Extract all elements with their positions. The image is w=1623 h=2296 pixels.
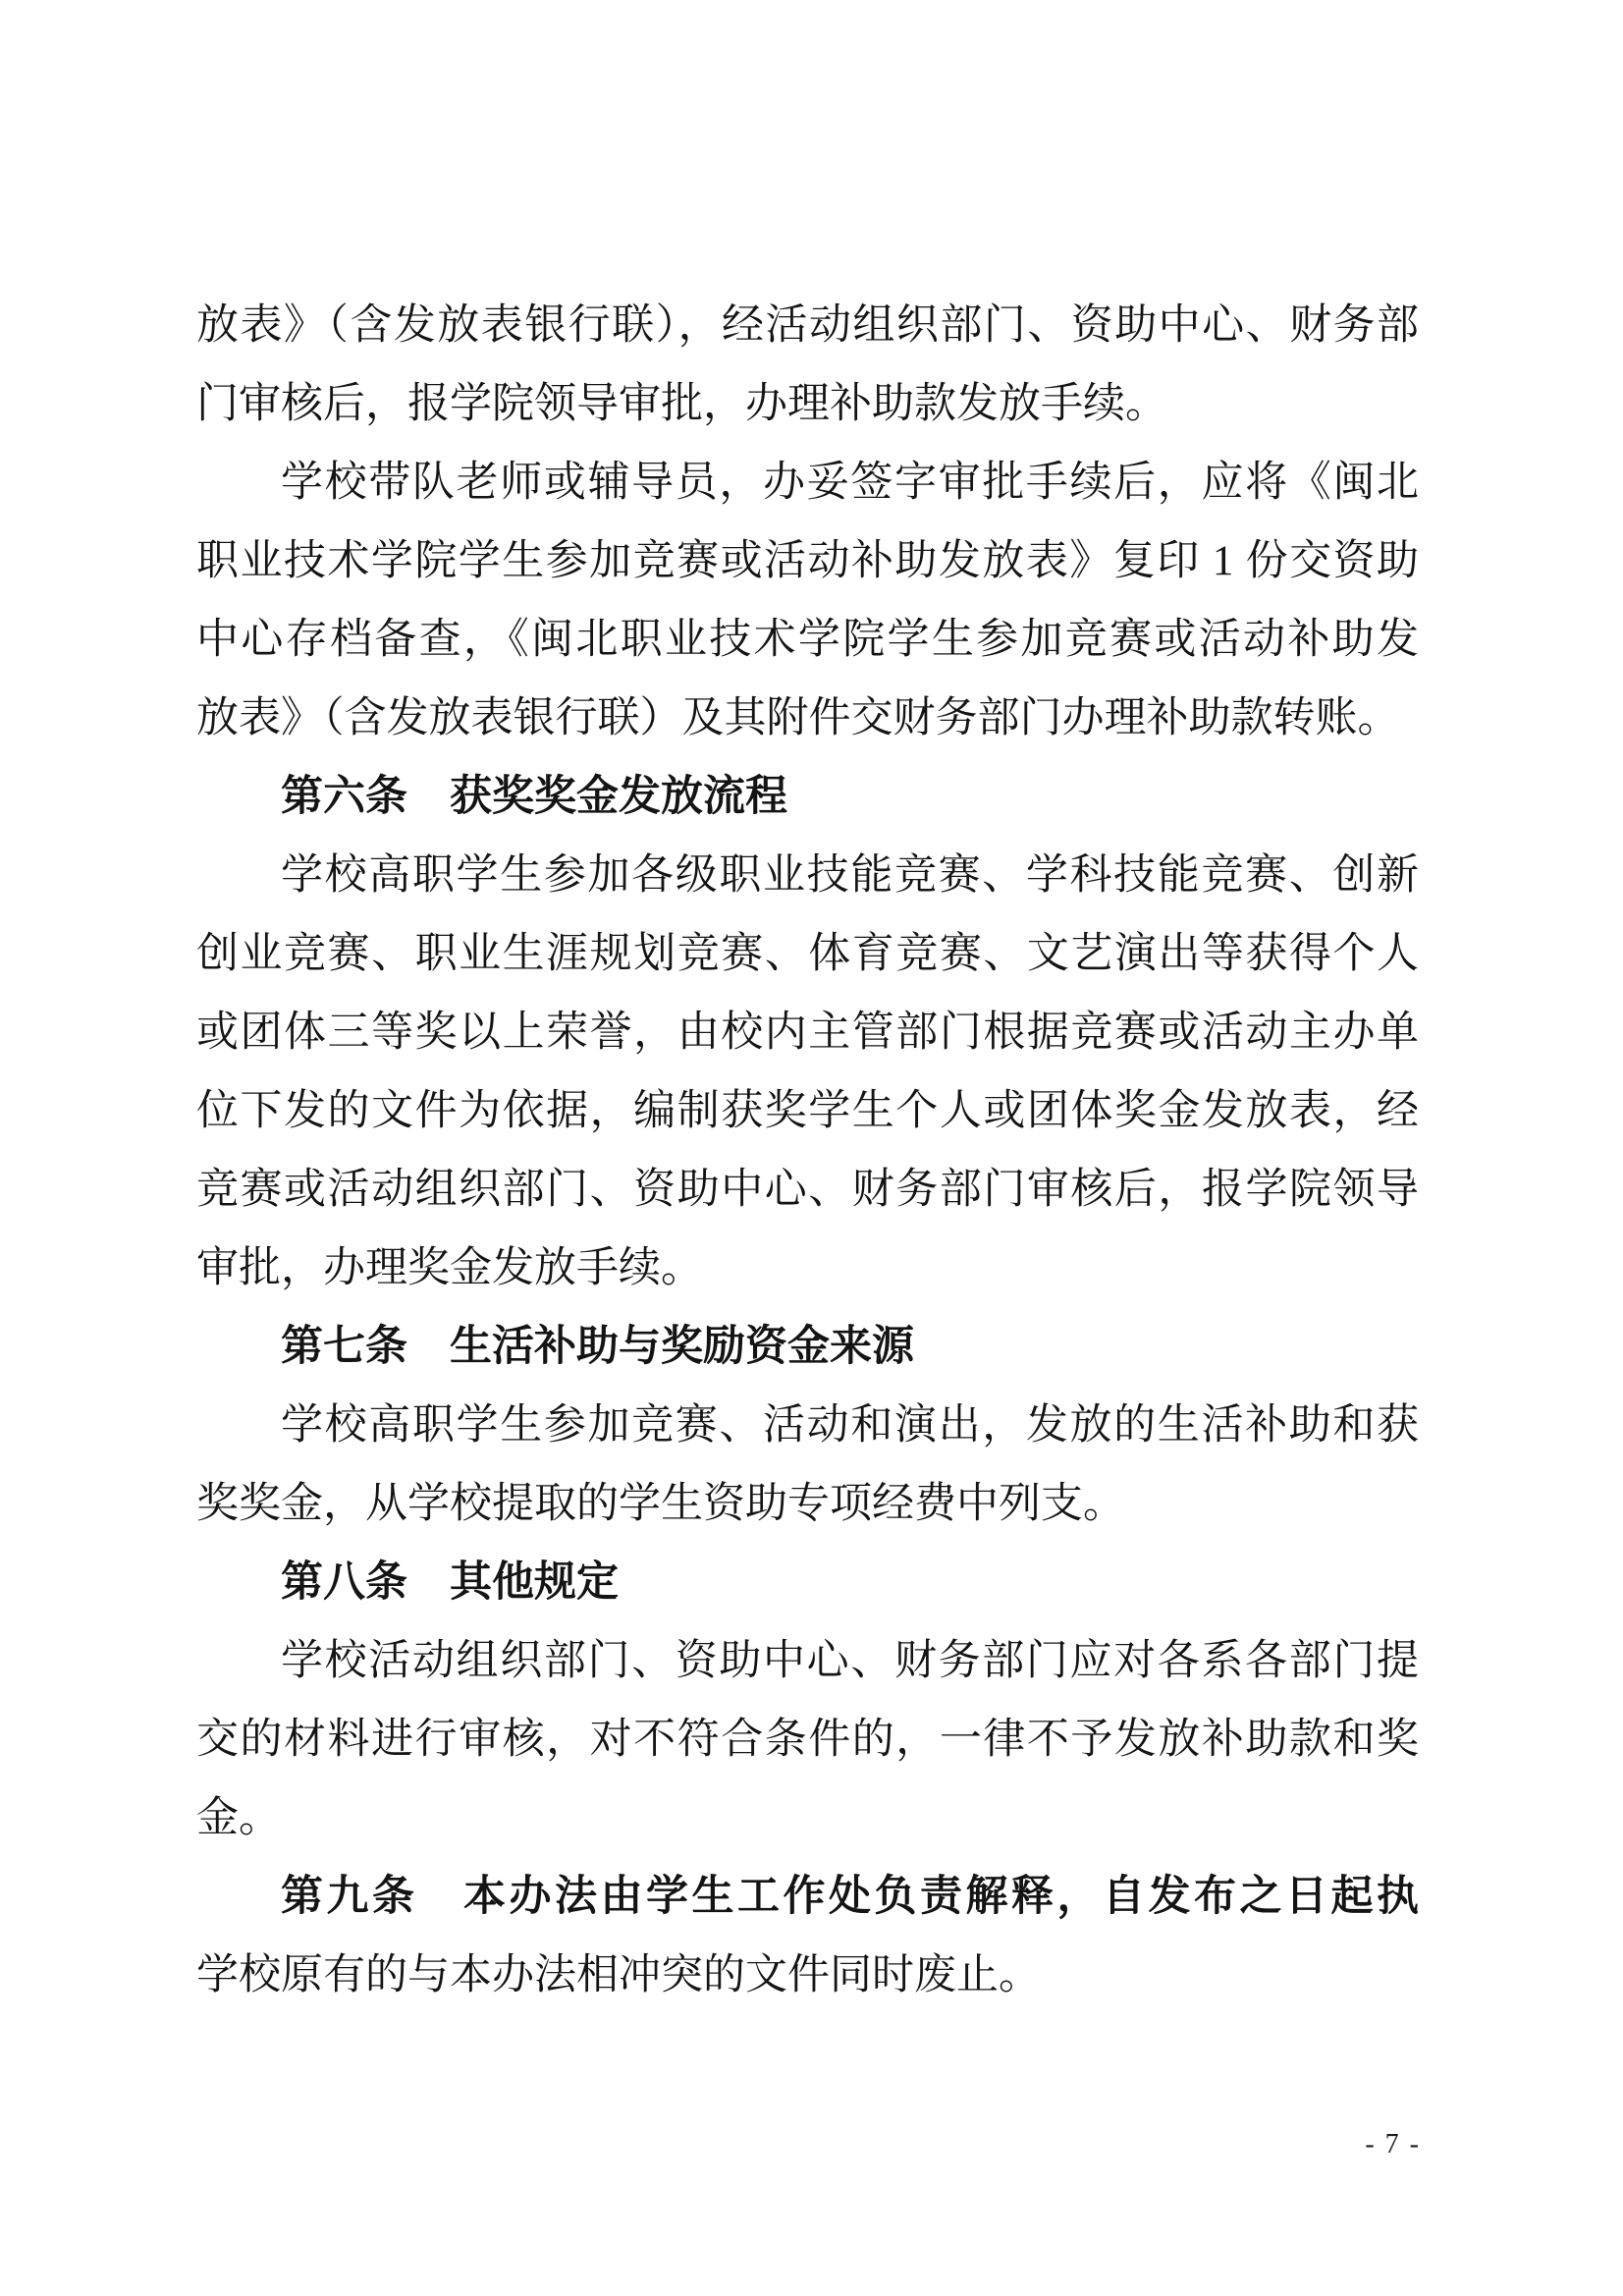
text-line: 放表》（含发放表银行联），经活动组织部门、资助中心、财务部 — [196, 287, 1419, 365]
text-line: 创业竞赛、职业生涯规划竞赛、体育竞赛、文艺演出等获得个人 — [196, 915, 1419, 994]
article-8-heading: 第八条 其他规定 — [196, 1544, 1419, 1622]
text-line: 金。 — [196, 1779, 1419, 1858]
text-line: 学校高职学生参加各级职业技能竞赛、学科技能竞赛、创新 — [196, 837, 1419, 915]
text-line: 或团体三等奖以上荣誉，由校内主管部门根据竞赛或活动主办单 — [196, 994, 1419, 1072]
text-line: 学校活动组织部门、资助中心、财务部门应对各系各部门提 — [196, 1622, 1419, 1701]
page-number: - 7 - — [1365, 2127, 1421, 2162]
text-line: 交的材料进行审核，对不符合条件的，一律不予发放补助款和奖 — [196, 1701, 1419, 1779]
text-line: 中心存档备查，《闽北职业技术学院学生参加竞赛或活动补助发 — [196, 601, 1419, 680]
text-line: 门审核后，报学院领导审批，办理补助款发放手续。 — [196, 365, 1419, 444]
text-line: 审批，办理奖金发放手续。 — [196, 1230, 1419, 1308]
document-body: 放表》（含发放表银行联），经活动组织部门、资助中心、财务部 门审核后，报学院领导… — [196, 287, 1419, 2015]
text-line: 竞赛或活动组织部门、资助中心、财务部门审核后，报学院领导 — [196, 1151, 1419, 1230]
text-line: 学校带队老师或辅导员，办妥签字审批手续后，应将《闽北 — [196, 444, 1419, 522]
text-line: 学校高职学生参加竞赛、活动和演出，发放的生活补助和获 — [196, 1387, 1419, 1465]
text-line: 学校原有的与本办法相冲突的文件同时废止。 — [196, 1937, 1419, 2015]
document-page: 放表》（含发放表银行联），经活动组织部门、资助中心、财务部 门审核后，报学院领导… — [0, 0, 1623, 2296]
article-7-heading: 第七条 生活补助与奖励资金来源 — [196, 1308, 1419, 1387]
text-line: 职业技术学院学生参加竞赛或活动补助发放表》复印 1 份交资助 — [196, 522, 1419, 601]
text-line: 位下发的文件为依据，编制获奖学生个人或团体奖金发放表，经 — [196, 1072, 1419, 1151]
article-9-heading: 第九条 本办法由学生工作处负责解释，自发布之日起执行。 — [196, 1858, 1419, 1937]
text-line: 放表》（含发放表银行联）及其附件交财务部门办理补助款转账。 — [196, 680, 1419, 758]
text-line: 奖奖金，从学校提取的学生资助专项经费中列支。 — [196, 1465, 1419, 1544]
article-6-heading: 第六条 获奖奖金发放流程 — [196, 758, 1419, 837]
